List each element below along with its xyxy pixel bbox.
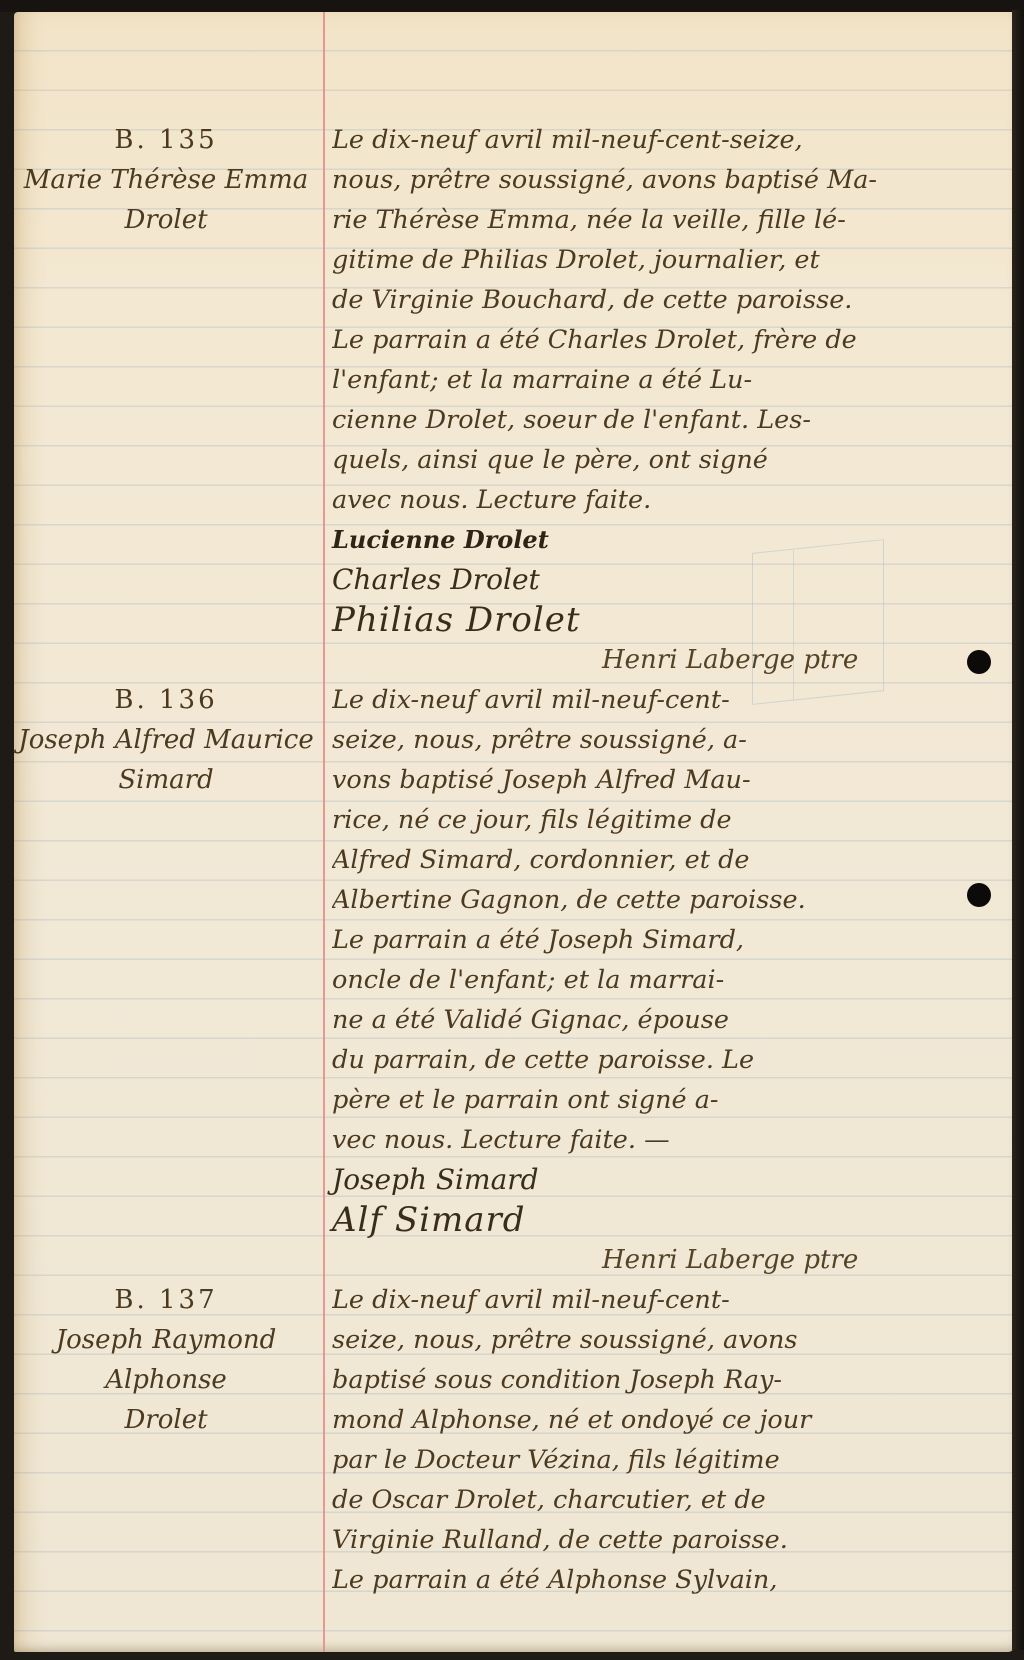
signature: Joseph Simard bbox=[332, 1160, 982, 1200]
record-line: vec nous. Lecture faite. — bbox=[332, 1120, 982, 1160]
record-line: nous, prêtre soussigné, avons baptisé Ma… bbox=[332, 160, 982, 200]
record-line: du parrain, de cette paroisse. Le bbox=[332, 1040, 982, 1080]
record-line: Le dix-neuf avril mil-neuf-cent- bbox=[332, 1280, 982, 1320]
record-line: quels, ainsi que le père, ont signé bbox=[332, 440, 982, 480]
child-name-line: Alphonse bbox=[16, 1360, 316, 1400]
record-line: mond Alphonse, né et ondoyé ce jour bbox=[332, 1400, 982, 1440]
record-line: seize, nous, prêtre soussigné, avons bbox=[332, 1320, 982, 1360]
record-line: avec nous. Lecture faite. bbox=[332, 480, 982, 520]
child-name-line: Joseph Raymond bbox=[16, 1320, 316, 1360]
child-name-line: Drolet bbox=[16, 1400, 316, 1440]
red-margin-line bbox=[323, 12, 325, 1652]
child-name-line: Drolet bbox=[16, 200, 316, 240]
signature: Lucienne Drolet bbox=[332, 520, 982, 560]
record-line: cienne Drolet, soeur de l'enfant. Les- bbox=[332, 400, 982, 440]
priest-signature: Henri Laberge ptre bbox=[332, 640, 982, 680]
record-line: rie Thérèse Emma, née la veille, fille l… bbox=[332, 200, 982, 240]
entry-number: B. 137 bbox=[16, 1280, 316, 1320]
record-line: Virginie Rulland, de cette paroisse. bbox=[332, 1520, 982, 1560]
scan-frame-top bbox=[0, 0, 1024, 12]
record-line: oncle de l'enfant; et la marrai- bbox=[332, 960, 982, 1000]
record-line: l'enfant; et la marraine a été Lu- bbox=[332, 360, 982, 400]
signature: Philias Drolet bbox=[332, 600, 982, 640]
page-edge bbox=[1012, 10, 1024, 1650]
entry-body-b135: Le dix-neuf avril mil-neuf-cent-seize, n… bbox=[332, 120, 982, 680]
child-name-line: Simard bbox=[16, 760, 316, 800]
signature: Alf Simard bbox=[332, 1200, 982, 1240]
record-line: baptisé sous condition Joseph Ray- bbox=[332, 1360, 982, 1400]
record-line: de Virginie Bouchard, de cette paroisse. bbox=[332, 280, 982, 320]
entry-label-b137: B. 137 Joseph Raymond Alphonse Drolet bbox=[16, 1280, 316, 1440]
record-line: Le parrain a été Alphonse Sylvain, bbox=[332, 1560, 982, 1600]
record-line: Alfred Simard, cordonnier, et de bbox=[332, 840, 982, 880]
entry-body-b137: Le dix-neuf avril mil-neuf-cent- seize, … bbox=[332, 1280, 982, 1600]
record-line: par le Docteur Vézina, fils légitime bbox=[332, 1440, 982, 1480]
record-line: père et le parrain ont signé a- bbox=[332, 1080, 982, 1120]
record-line: de Oscar Drolet, charcutier, et de bbox=[332, 1480, 982, 1520]
entry-number: B. 135 bbox=[16, 120, 316, 160]
entry-body-b136: Le dix-neuf avril mil-neuf-cent- seize, … bbox=[332, 680, 982, 1280]
record-line: ne a été Validé Gignac, épouse bbox=[332, 1000, 982, 1040]
entry-label-b136: B. 136 Joseph Alfred Maurice Simard bbox=[16, 680, 316, 800]
entry-number: B. 136 bbox=[16, 680, 316, 720]
record-line: Le parrain a été Joseph Simard, bbox=[332, 920, 982, 960]
record-line: vons baptisé Joseph Alfred Mau- bbox=[332, 760, 982, 800]
record-line: Le dix-neuf avril mil-neuf-cent-seize, bbox=[332, 120, 982, 160]
record-line: Albertine Gagnon, de cette paroisse. bbox=[332, 880, 982, 920]
priest-signature: Henri Laberge ptre bbox=[332, 1240, 982, 1280]
record-line: rice, né ce jour, fils légitime de bbox=[332, 800, 982, 840]
signature: Charles Drolet bbox=[332, 560, 982, 600]
child-name-line: Marie Thérèse Emma bbox=[16, 160, 316, 200]
record-line: Le parrain a été Charles Drolet, frère d… bbox=[332, 320, 982, 360]
record-line: Le dix-neuf avril mil-neuf-cent- bbox=[332, 680, 982, 720]
entry-label-b135: B. 135 Marie Thérèse Emma Drolet bbox=[16, 120, 316, 240]
record-line: gitime de Philias Drolet, journalier, et bbox=[332, 240, 982, 280]
record-line: seize, nous, prêtre soussigné, a- bbox=[332, 720, 982, 760]
child-name-line: Joseph Alfred Maurice bbox=[16, 720, 316, 760]
